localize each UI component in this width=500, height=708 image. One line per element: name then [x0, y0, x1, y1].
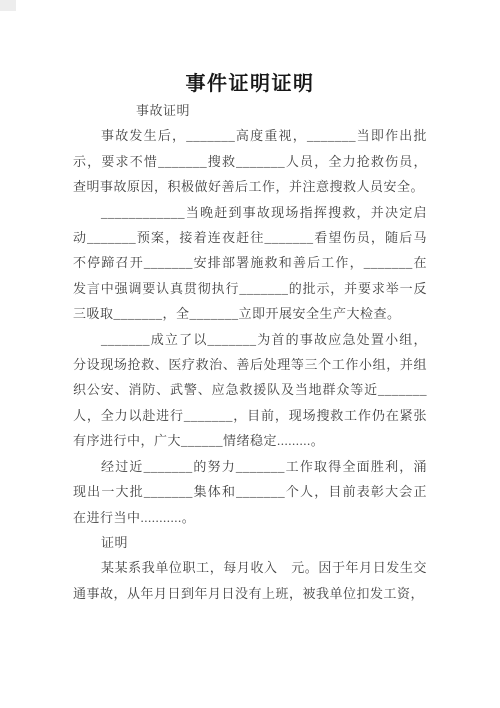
section-heading-certificate: 证明	[73, 530, 427, 555]
document-body: 事故证明 事故发生后，_______高度重视，_______当即作出批示，要求不…	[73, 98, 427, 606]
paragraph-employee-statement: 某某系我单位职工，每月收入 元。因于年月日发生交通事故，从年月日到年月日没有上班…	[73, 555, 427, 606]
document-page: 事件证明证明 事故证明 事故发生后，_______高度重视，_______当即作…	[0, 0, 500, 708]
paragraph-accident-overview: 事故发生后，_______高度重视，_______当即作出批示，要求不惜____…	[73, 123, 427, 199]
paragraph-emergency-group: _______成立了以_______为首的事故应急处置小组，分设现场抢救、医疗救…	[73, 327, 427, 454]
paragraph-leader-response: ____________当晚赶到事故现场指挥搜救，并决定启动_______预案，…	[73, 200, 427, 327]
scan-corner-artifact	[0, 0, 16, 11]
paragraph-commendation: 经过近_______的努力_______工作取得全面胜利，涌现出一大批_____…	[73, 454, 427, 530]
section-heading-accident-certificate: 事故证明	[73, 98, 427, 123]
document-title: 事件证明证明	[0, 0, 500, 98]
